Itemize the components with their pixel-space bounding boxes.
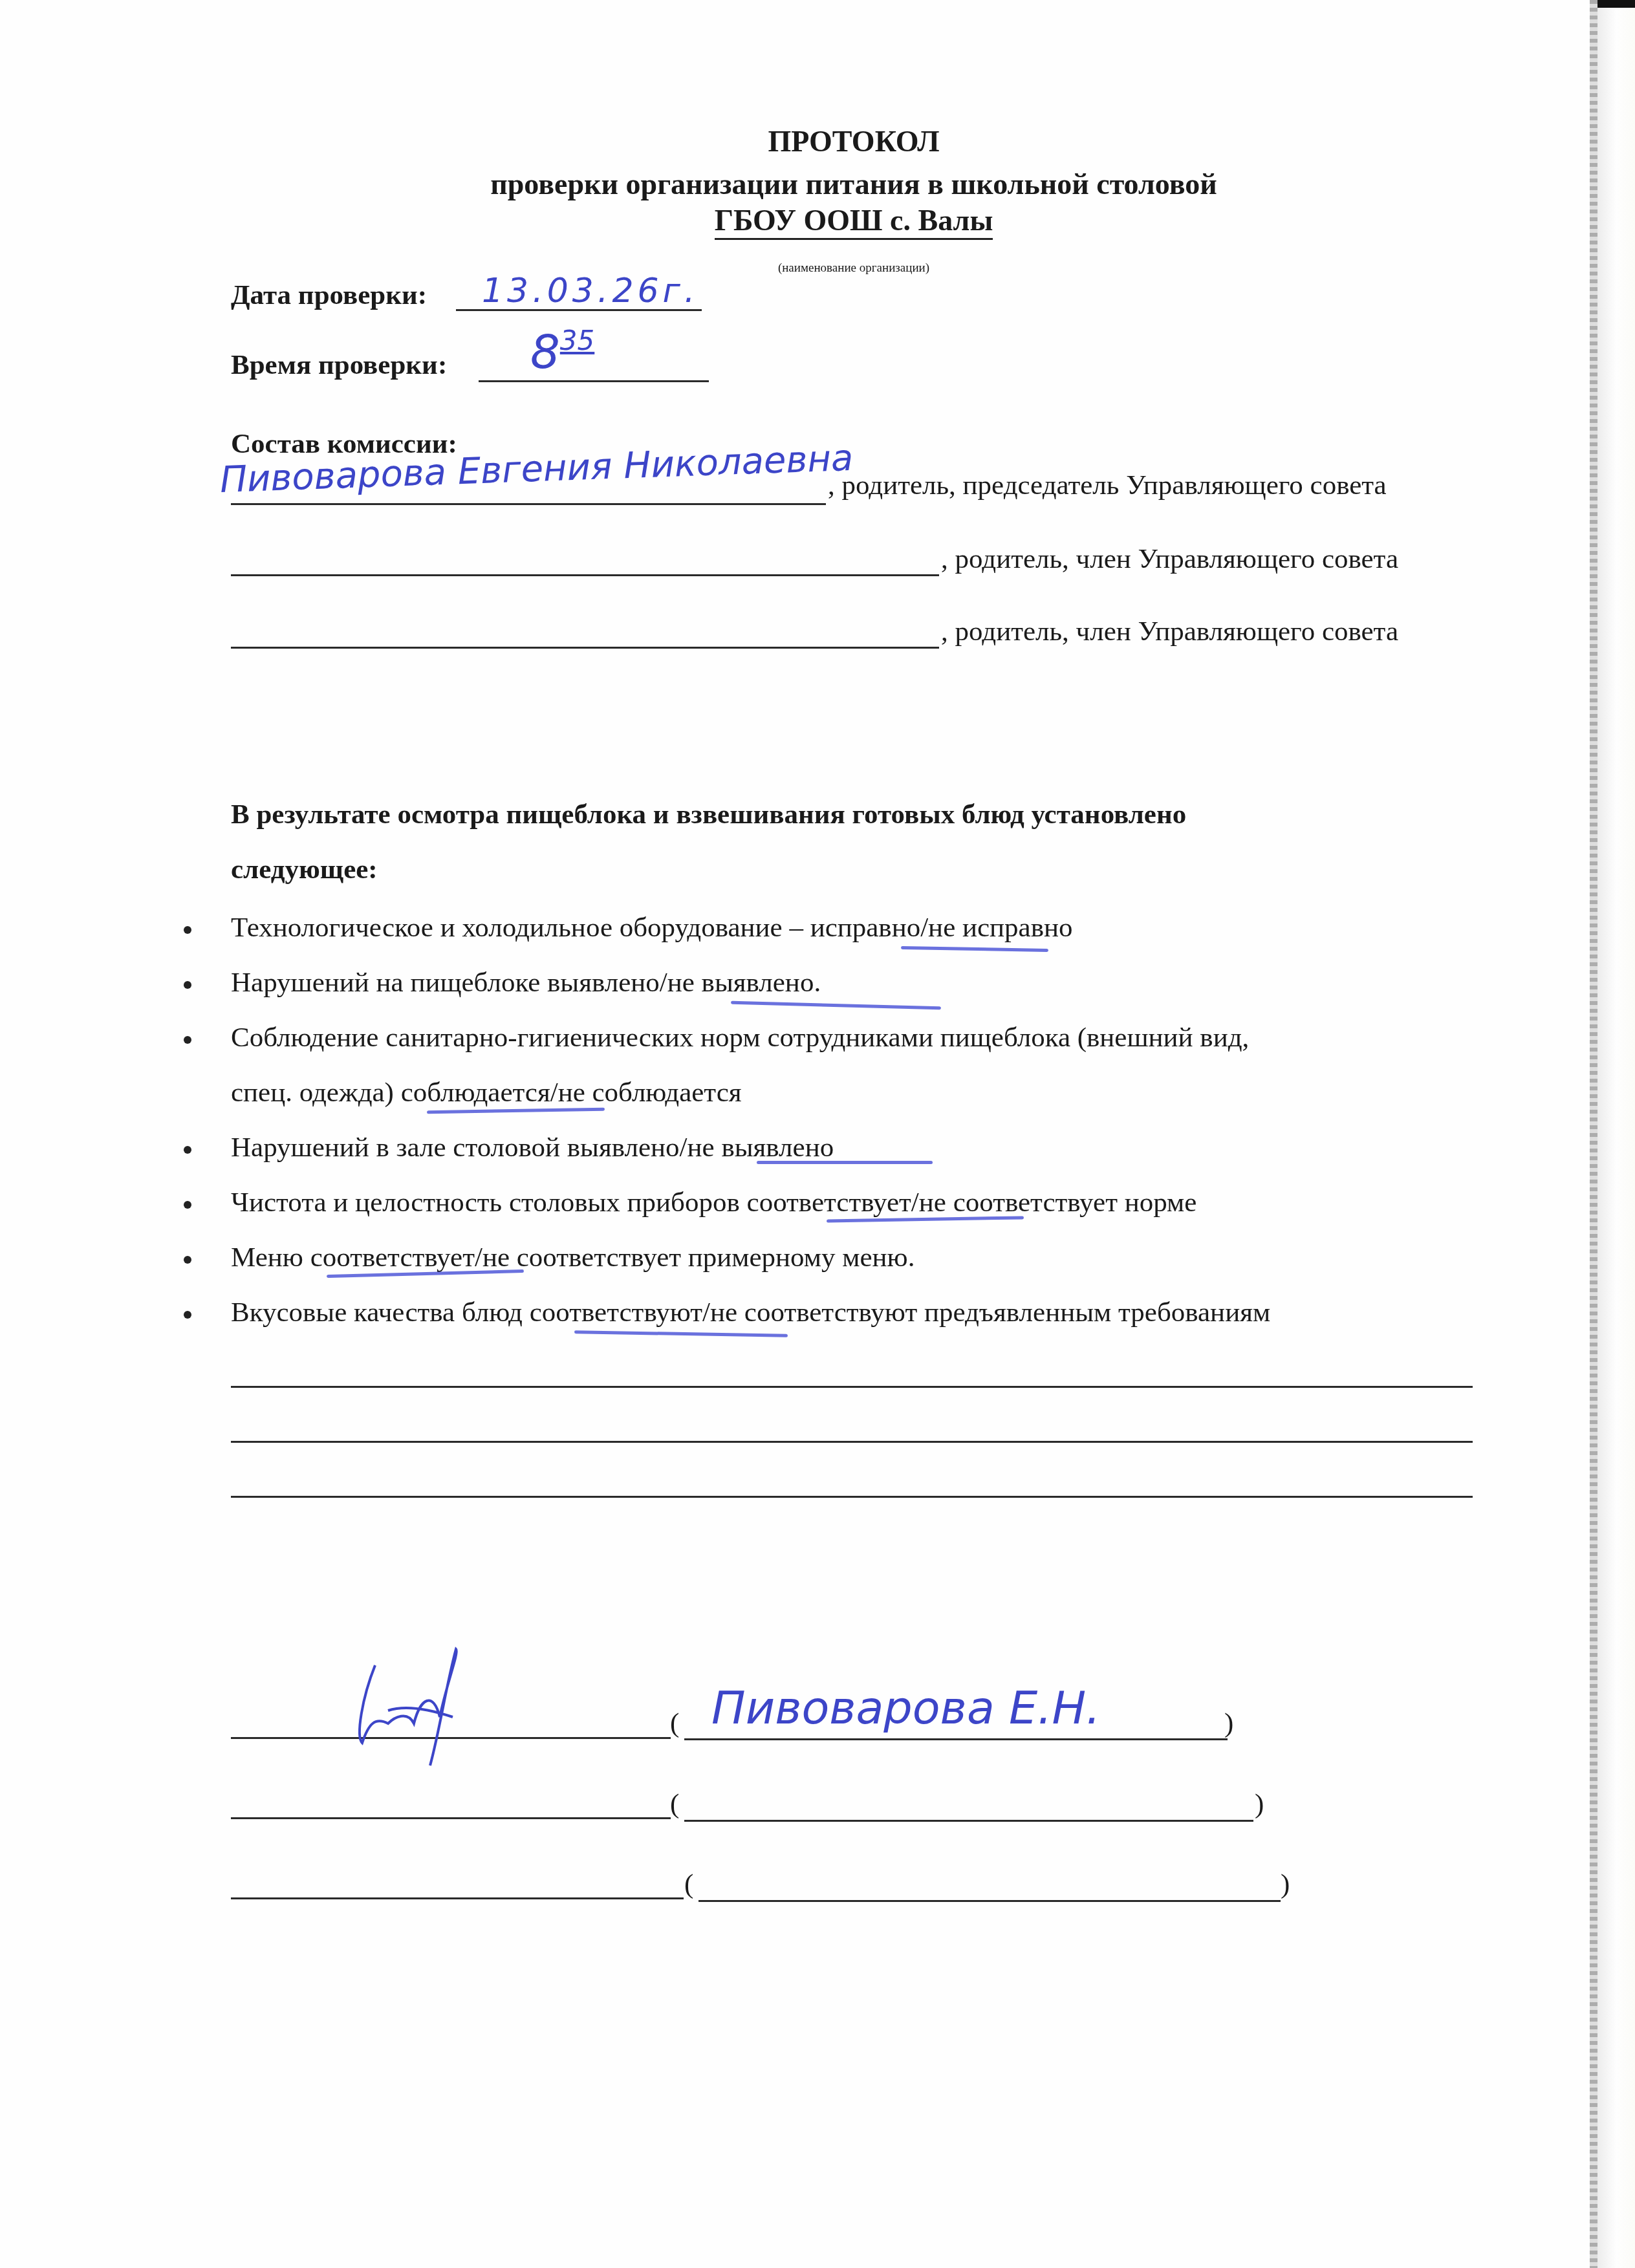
handwritten-underline xyxy=(757,1161,933,1164)
item-text: Меню xyxy=(231,1242,310,1273)
time-minutes: 35 xyxy=(560,325,594,356)
result-item-menu: Меню соответствует/не соответствует прим… xyxy=(231,1242,915,1273)
time-field-line xyxy=(479,380,709,382)
handwritten-underline xyxy=(574,1330,788,1337)
handwritten-underline xyxy=(427,1108,605,1114)
item-text: спец. одежда) xyxy=(231,1077,401,1108)
date-label: Дата проверки: xyxy=(231,279,427,311)
bullet-icon xyxy=(184,981,191,989)
paren-open: ( xyxy=(670,1788,679,1820)
organization-name-text: ГБОУ ООШ с. Валы xyxy=(715,204,993,240)
bullet-icon xyxy=(184,1036,191,1044)
item-other-option[interactable]: /не соответствуют предъявленным требован… xyxy=(702,1297,1270,1328)
paren-close: ) xyxy=(1281,1868,1290,1900)
scan-edge xyxy=(1597,0,1635,2268)
result-item-hall-violations: Нарушений в зале столовой выявлено/не вы… xyxy=(231,1132,834,1163)
bullet-icon xyxy=(184,1256,191,1264)
paren-open: ( xyxy=(684,1868,693,1900)
item-other-option[interactable]: /не соответствует примерному меню. xyxy=(475,1242,915,1273)
commission-member-3-role: , родитель, член Управляющего совета xyxy=(941,616,1398,647)
commission-member-3-line[interactable] xyxy=(231,647,939,649)
item-other-option[interactable]: /не соответствует норме xyxy=(911,1187,1197,1218)
result-item-sanitary-line1: Соблюдение санитарно-гигиенических норм … xyxy=(231,1022,1249,1053)
date-field[interactable]: 13.03.26г. xyxy=(482,272,698,310)
item-text: Вкусовые качества блюд xyxy=(231,1297,530,1328)
name-line[interactable] xyxy=(684,1820,1253,1822)
notes-line-1[interactable] xyxy=(231,1386,1473,1388)
result-item-cutlery: Чистота и целостность столовых приборов … xyxy=(231,1187,1196,1218)
result-item-kitchen-violations: Нарушений на пищеблоке выявлено/не выявл… xyxy=(231,967,821,999)
result-item-sanitary-line2: спец. одежда) соблюдается/не соблюдается xyxy=(231,1077,742,1108)
bullet-icon xyxy=(184,1146,191,1154)
signatory-name[interactable]: Пивоварова Е.Н. xyxy=(711,1681,1100,1734)
item-text: Технологическое и холодильное оборудован… xyxy=(231,913,810,943)
item-selected-option[interactable]: соответствует xyxy=(310,1242,475,1273)
paren-close: ) xyxy=(1224,1707,1233,1739)
organization-caption: (наименование организации) xyxy=(0,261,1635,275)
signature-line[interactable] xyxy=(231,1897,684,1899)
commission-member-2-line[interactable] xyxy=(231,574,939,576)
name-line[interactable] xyxy=(684,1738,1228,1740)
scan-edge-corner xyxy=(1597,0,1635,8)
result-item-taste: Вкусовые качества блюд соответствуют/не … xyxy=(231,1297,1270,1328)
results-heading-line2: следующее: xyxy=(231,854,378,885)
document-title: ПРОТОКОЛ xyxy=(0,124,1635,158)
name-line[interactable] xyxy=(698,1900,1281,1902)
document-subtitle: проверки организации питания в школьной … xyxy=(0,167,1635,201)
notes-line-2[interactable] xyxy=(231,1441,1473,1443)
signature-scribble-icon xyxy=(349,1646,466,1775)
result-item-equipment: Технологическое и холодильное оборудован… xyxy=(231,912,1072,944)
item-text: Нарушений на пищеблоке выявлено/ xyxy=(231,967,667,998)
item-selected-option[interactable]: соответствуют xyxy=(530,1297,702,1328)
results-heading-line1: В результате осмотра пищеблока и взвешив… xyxy=(231,799,1186,830)
commission-member-1-role: , родитель, председатель Управляющего со… xyxy=(828,470,1387,501)
item-other-option[interactable]: /не соблюдается xyxy=(550,1077,742,1108)
notes-line-3[interactable] xyxy=(231,1496,1473,1498)
organization-name: ГБОУ ООШ с. Валы xyxy=(0,203,1635,237)
bullet-icon xyxy=(184,1311,191,1319)
bullet-icon xyxy=(184,926,191,934)
commission-member-1-line xyxy=(231,503,826,505)
bullet-icon xyxy=(184,1201,191,1209)
time-hours: 8 xyxy=(530,325,560,379)
scan-edge-shadow xyxy=(1590,0,1597,2268)
time-label: Время проверки: xyxy=(231,349,447,381)
handwritten-underline xyxy=(901,946,1048,952)
handwritten-underline xyxy=(731,1001,941,1010)
commission-member-2-role: , родитель, член Управляющего совета xyxy=(941,543,1398,575)
paren-close: ) xyxy=(1255,1788,1264,1820)
item-selected-option[interactable]: не выявлено. xyxy=(667,967,821,998)
item-text: Чистота и целостность столовых приборов xyxy=(231,1187,747,1218)
item-selected-option[interactable]: исправно xyxy=(810,913,921,943)
paren-open: ( xyxy=(670,1707,679,1739)
signature-line[interactable] xyxy=(231,1817,671,1819)
item-selected-option[interactable]: соответствует xyxy=(747,1187,911,1218)
item-other-option[interactable]: /не исправно xyxy=(920,913,1072,943)
item-selected-option[interactable]: не выявлено xyxy=(688,1132,834,1163)
item-text: Нарушений в зале столовой выявлено/ xyxy=(231,1132,688,1163)
item-selected-option[interactable]: соблюдается xyxy=(401,1077,550,1108)
time-field[interactable]: 835 xyxy=(530,325,594,379)
